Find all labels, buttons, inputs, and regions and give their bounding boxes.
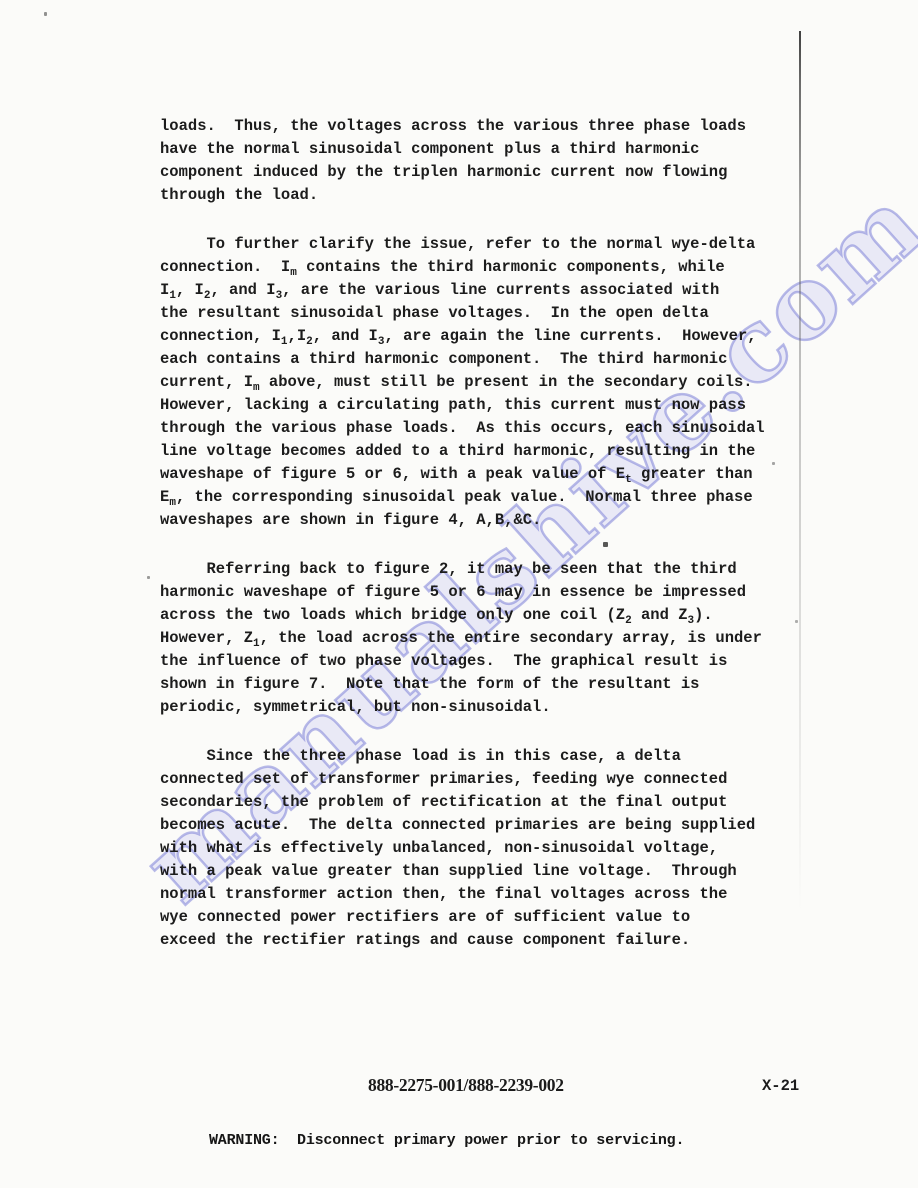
paragraph: Referring back to figure 2, it may be se… — [160, 558, 800, 719]
text-line: I1, I2, and I3, are the various line cur… — [160, 279, 800, 302]
body-text: loads. Thus, the voltages across the var… — [160, 115, 800, 978]
text-line: through the various phase loads. As this… — [160, 417, 800, 440]
scanned-manual-page: manualshive.com loads. Thus, the voltage… — [0, 0, 918, 1188]
text-line: the resultant sinusoidal phase voltages.… — [160, 302, 800, 325]
text-line: However, lacking a circulating path, thi… — [160, 394, 800, 417]
text-line: connected set of transformer primaries, … — [160, 768, 800, 791]
scan-artifact-speck — [147, 576, 150, 579]
footer-page-number: X-21 — [762, 1077, 799, 1095]
paragraph: To further clarify the issue, refer to t… — [160, 233, 800, 532]
text-line: However, Z1, the load across the entire … — [160, 627, 800, 650]
text-line: have the normal sinusoidal component plu… — [160, 138, 800, 161]
text-line: shown in figure 7. Note that the form of… — [160, 673, 800, 696]
text-line: becomes acute. The delta connected prima… — [160, 814, 800, 837]
text-line: wye connected power rectifiers are of su… — [160, 906, 800, 929]
text-line: connection. Im contains the third harmon… — [160, 256, 800, 279]
text-line: current, Im above, must still be present… — [160, 371, 800, 394]
text-line: Referring back to figure 2, it may be se… — [160, 558, 800, 581]
text-line: harmonic waveshape of figure 5 or 6 may … — [160, 581, 800, 604]
text-line: Since the three phase load is in this ca… — [160, 745, 800, 768]
text-line: waveshapes are shown in figure 4, A,B,&C… — [160, 509, 800, 532]
paragraph: Since the three phase load is in this ca… — [160, 745, 800, 952]
text-line: normal transformer action then, the fina… — [160, 883, 800, 906]
text-line: the influence of two phase voltages. The… — [160, 650, 800, 673]
text-line: with what is effectively unbalanced, non… — [160, 837, 800, 860]
text-line: loads. Thus, the voltages across the var… — [160, 115, 800, 138]
text-line: waveshape of figure 5 or 6, with a peak … — [160, 463, 800, 486]
scan-artifact-speck — [44, 12, 47, 16]
text-line: periodic, symmetrical, but non-sinusoida… — [160, 696, 800, 719]
text-line: Em, the corresponding sinusoidal peak va… — [160, 486, 800, 509]
footer-warning: WARNING: Disconnect primary power prior … — [209, 1132, 684, 1149]
text-line: connection, I1,I2, and I3, are again the… — [160, 325, 800, 348]
text-line: component induced by the triplen harmoni… — [160, 161, 800, 184]
paragraph: loads. Thus, the voltages across the var… — [160, 115, 800, 207]
text-line: secondaries, the problem of rectificatio… — [160, 791, 800, 814]
text-line: line voltage becomes added to a third ha… — [160, 440, 800, 463]
text-line: To further clarify the issue, refer to t… — [160, 233, 800, 256]
text-line: across the two loads which bridge only o… — [160, 604, 800, 627]
text-line: each contains a third harmonic component… — [160, 348, 800, 371]
text-line: through the load. — [160, 184, 800, 207]
text-line: exceed the rectifier ratings and cause c… — [160, 929, 800, 952]
footer-document-number: 888-2275-001/888-2239-002 — [368, 1075, 564, 1096]
text-line: with a peak value greater than supplied … — [160, 860, 800, 883]
